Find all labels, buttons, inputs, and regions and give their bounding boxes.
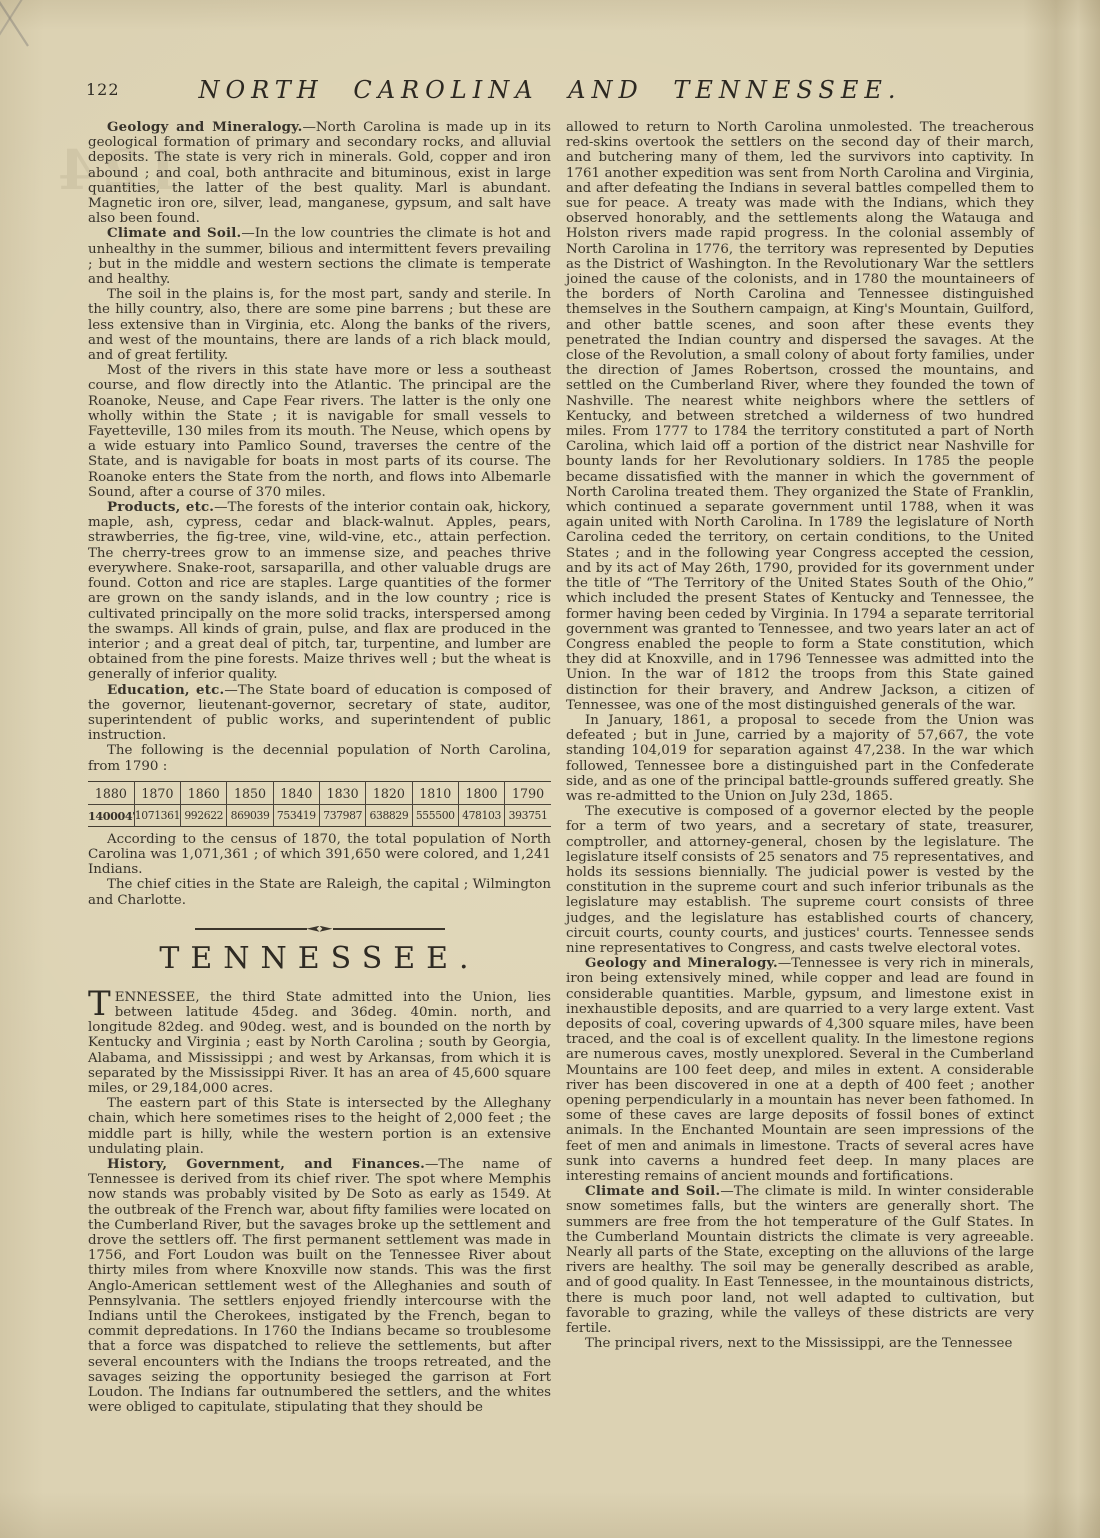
paragraph-nc-climate: Climate and Soil.—In the low countries t… bbox=[88, 226, 551, 287]
paragraph-text: —Tennessee is very rich in minerals, iro… bbox=[566, 956, 1034, 1184]
paragraph-text: ENNESSEE, the third State admitted into … bbox=[88, 990, 551, 1096]
table-row-values: 1400047 1071361 992622 869039 753419 737… bbox=[88, 804, 551, 826]
table-row-years: 1880 1870 1860 1850 1840 1830 1820 1810 … bbox=[88, 781, 551, 804]
paragraph-text: —The climate is mild. In winter consider… bbox=[566, 1184, 1034, 1336]
pencil-x-mark bbox=[0, 0, 38, 52]
paragraph-lead: History, Government, and Finances. bbox=[107, 1156, 425, 1172]
population-table: 1880 1870 1860 1850 1840 1830 1820 1810 … bbox=[88, 781, 551, 827]
left-column: Geology and Mineralogy.—North Carolina i… bbox=[88, 120, 551, 1415]
paragraph-text: —The name of Tennessee is derived from i… bbox=[88, 1157, 551, 1415]
right-column: allowed to return to North Carolina unmo… bbox=[566, 120, 1034, 1415]
paragraph-nc-soil: The soil in the plains is, for the most … bbox=[88, 287, 551, 363]
paragraph-tn-secession: In January, 1861, a proposal to secede f… bbox=[566, 713, 1034, 804]
year-cell: 1790 bbox=[505, 781, 551, 804]
paragraph-nc-education: Education, etc.—The State board of educa… bbox=[88, 683, 551, 744]
divider-diamond-icon bbox=[320, 926, 333, 932]
paragraph-lead: Geology and Mineralogy. bbox=[107, 119, 302, 135]
paragraph-tn-intro: TENNESSEE, the third State admitted into… bbox=[88, 990, 551, 1096]
paragraph-tn-history-continuation: allowed to return to North Carolina unmo… bbox=[566, 120, 1034, 713]
population-cell: 1400047 bbox=[88, 804, 134, 826]
year-cell: 1830 bbox=[319, 781, 365, 804]
drop-cap: T bbox=[88, 990, 115, 1018]
year-cell: 1870 bbox=[134, 781, 180, 804]
population-cell: 638829 bbox=[366, 804, 412, 826]
year-cell: 1850 bbox=[227, 781, 273, 804]
paragraph-lead: Geology and Mineralogy. bbox=[585, 955, 778, 971]
paragraph-lead: Climate and Soil. bbox=[585, 1183, 720, 1199]
year-cell: 1810 bbox=[412, 781, 458, 804]
paragraph-nc-products: Products, etc.—The forests of the interi… bbox=[88, 500, 551, 682]
paragraph-tn-climate: Climate and Soil.—The climate is mild. I… bbox=[566, 1184, 1034, 1336]
population-cell: 753419 bbox=[273, 804, 319, 826]
population-cell: 555500 bbox=[412, 804, 458, 826]
paragraph-tn-executive: The executive is composed of a governor … bbox=[566, 804, 1034, 956]
population-cell: 478103 bbox=[458, 804, 504, 826]
paragraph-lead: Education, etc. bbox=[107, 682, 224, 698]
paragraph-tn-eastern: The eastern part of this State is inters… bbox=[88, 1096, 551, 1157]
year-cell: 1820 bbox=[366, 781, 412, 804]
paragraph-lead: Climate and Soil. bbox=[107, 225, 241, 241]
paragraph-tn-history: History, Government, and Finances.—The n… bbox=[88, 1157, 551, 1415]
paragraph-nc-rivers: Most of the rivers in this state have mo… bbox=[88, 363, 551, 500]
year-cell: 1800 bbox=[458, 781, 504, 804]
running-title: NORTH CAROLINA AND TENNESSEE. bbox=[0, 76, 1100, 104]
book-page: 124 122 NORTH CAROLINA AND TENNESSEE. Ge… bbox=[0, 0, 1100, 1538]
paragraph-text: —North Carolina is made up in its geolog… bbox=[88, 120, 551, 226]
text-columns: Geology and Mineralogy.—North Carolina i… bbox=[88, 120, 1034, 1415]
year-cell: 1860 bbox=[181, 781, 227, 804]
tennessee-heading: TENNESSEE. bbox=[88, 941, 551, 976]
population-cell: 737987 bbox=[319, 804, 365, 826]
divider-rule bbox=[333, 928, 445, 930]
paragraph-lead: Products, etc. bbox=[107, 499, 214, 515]
year-cell: 1840 bbox=[273, 781, 319, 804]
population-cell: 1071361 bbox=[134, 804, 180, 826]
paragraph-nc-census: According to the census of 1870, the tot… bbox=[88, 832, 551, 878]
divider-rule bbox=[195, 928, 307, 930]
divider-diamond-icon bbox=[307, 926, 320, 932]
year-cell: 1880 bbox=[88, 781, 134, 804]
population-cell: 869039 bbox=[227, 804, 273, 826]
paragraph-tn-geology: Geology and Mineralogy.—Tennessee is ver… bbox=[566, 956, 1034, 1184]
paragraph-nc-geology: Geology and Mineralogy.—North Carolina i… bbox=[88, 120, 551, 226]
paragraph-tn-rivers: The principal rivers, next to the Missis… bbox=[566, 1336, 1034, 1351]
section-divider bbox=[195, 925, 445, 933]
paragraph-nc-population-intro: The following is the decennial populatio… bbox=[88, 743, 551, 773]
population-cell: 393751 bbox=[505, 804, 551, 826]
paragraph-text: —The forests of the interior contain oak… bbox=[88, 500, 551, 682]
population-cell: 992622 bbox=[181, 804, 227, 826]
paragraph-nc-cities: The chief cities in the State are Raleig… bbox=[88, 877, 551, 907]
